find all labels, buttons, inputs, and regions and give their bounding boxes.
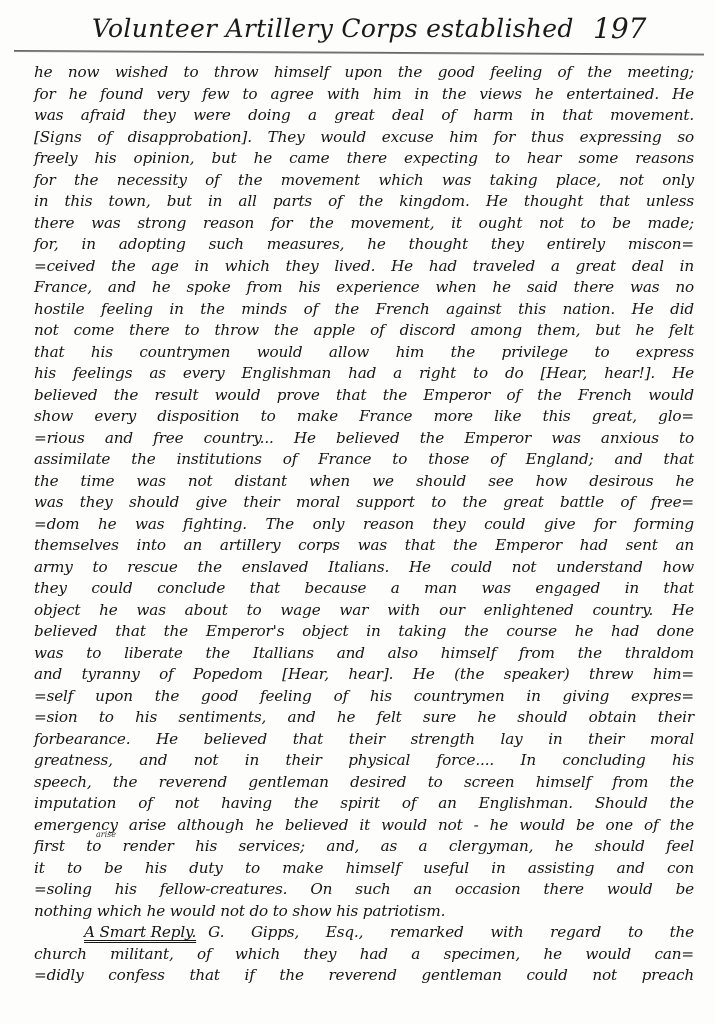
text-line: =dom he was fighting. The only reason th… xyxy=(34,514,694,534)
text-line: assimilate the institutions of France to… xyxy=(34,449,694,469)
text-line: hostile feeling in the minds of the Fren… xyxy=(34,299,694,319)
text-line: =rious and free country... He believed t… xyxy=(34,428,694,448)
text-line: believed the result would prove that the… xyxy=(34,385,694,405)
text-line: in this town, but in all parts of the ki… xyxy=(34,191,694,211)
text-line: was to liberate the Itallians and also h… xyxy=(34,643,694,663)
text-line: speech, the reverend gentleman desired t… xyxy=(34,772,694,792)
manuscript-page: Volunteer Artillery Corps established 19… xyxy=(0,0,715,1024)
text-line: show every disposition to make France mo… xyxy=(34,406,694,426)
text-line: and tyranny of Popedom [Hear, hear]. He … xyxy=(34,664,694,684)
text-line: nothing which he would not do to show hi… xyxy=(34,901,694,921)
text-line: greatness, and not in their physical for… xyxy=(34,750,694,770)
text-line: emergency arise although he believed it … xyxy=(34,815,694,835)
text-line: was they should give their moral support… xyxy=(34,492,694,512)
text-line: =soling his fellow-creatures. On such an… xyxy=(34,879,694,899)
text-line: that his countrymen would allow him the … xyxy=(34,342,694,362)
text-line: for he found very few to agree with him … xyxy=(34,84,694,104)
text-line: themselves into an artillery corps was t… xyxy=(34,535,694,555)
text-line: imputation of not having the spirit of a… xyxy=(34,793,694,813)
text-line: there was strong reason for the movement… xyxy=(34,213,694,233)
text-line: he now wished to throw himself upon the … xyxy=(34,62,694,82)
text-line: forbearance. He believed that their stre… xyxy=(34,729,694,749)
text-line: for, in adopting such measures, he thoug… xyxy=(34,234,694,254)
text-line: it to be his duty to make himself useful… xyxy=(34,858,694,878)
section-heading: A Smart Reply. xyxy=(84,922,196,942)
manuscript-body: he now wished to throw himself upon the … xyxy=(0,0,715,1024)
text-line: they could conclude that because a man w… xyxy=(34,578,694,598)
text-line: France, and he spoke from his experience… xyxy=(34,277,694,297)
text-line: [Signs of disapprobation]. They would ex… xyxy=(34,127,694,147)
text-line: first to render his services; and, as a … xyxy=(34,836,694,856)
text-line: not come there to throw the apple of dis… xyxy=(34,320,694,340)
text-line: was afraid they were doing a great deal … xyxy=(34,105,694,125)
text-line: army to rescue the enslaved Italians. He… xyxy=(34,557,694,577)
text-line: =ceived the age in which they lived. He … xyxy=(34,256,694,276)
text-line: the time was not distant when we should … xyxy=(34,471,694,491)
text-line: church militant, of which they had a spe… xyxy=(34,944,694,964)
text-line: G. Gipps, Esq., remarked with regard to … xyxy=(208,922,694,942)
text-line: believed that the Emperor's object in ta… xyxy=(34,621,694,641)
text-line: freely his opinion, but he came there ex… xyxy=(34,148,694,168)
text-line: his feelings as every Englishman had a r… xyxy=(34,363,694,383)
text-line: =sion to his sentiments, and he felt sur… xyxy=(34,707,694,727)
text-line: =self upon the good feeling of his count… xyxy=(34,686,694,706)
section-heading-line: A Smart Reply. G. Gipps, Esq., remarked … xyxy=(84,922,694,942)
text-line: =didly confess that if the reverend gent… xyxy=(34,965,694,985)
text-line: for the necessity of the movement which … xyxy=(34,170,694,190)
text-line: object he was about to wage war with our… xyxy=(34,600,694,620)
